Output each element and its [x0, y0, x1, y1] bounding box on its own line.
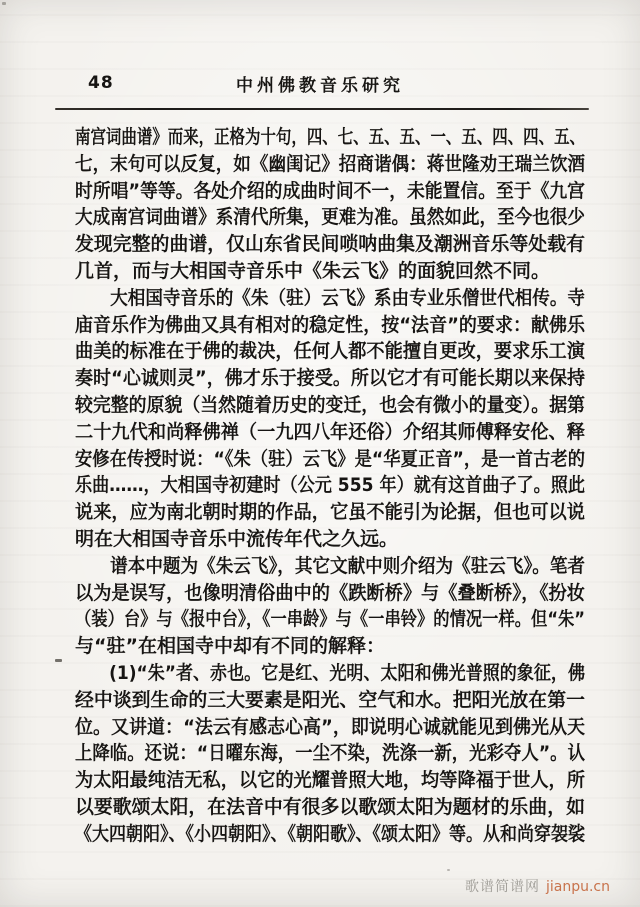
text-line: 说来，应为南北朝时期的作品，它虽不能引为论据，但也可以说 [75, 499, 585, 526]
text-line: 庙音乐作为佛曲又具有相对的稳定性，按“法音”的要求：献佛乐 [75, 312, 585, 339]
text-line: 发现完整的曲谱，仅山东省民间唢呐曲集及潮洲音乐等处载有 [75, 231, 585, 258]
text-line: 以要歌颂太阳，在法音中有很多以歌颂太阳为题材的乐曲，如 [75, 794, 585, 821]
text-line: 以为是误写，也像明清俗曲中的《跌断桥》与《叠断桥》，《扮妆 [75, 580, 585, 607]
body-text: 南宫词曲谱》而来，正格为十句，四、七、五、五、一、五、四、四、五、七，末句可以反… [75, 124, 585, 848]
text-line: 明在大相国寺音乐中流传年代之久远。 [75, 526, 585, 553]
text-line: 南宫词曲谱》而来，正格为十句，四、七、五、五、一、五、四、四、五、 [75, 124, 585, 151]
text-line: 较完整的原貌（当然随着历史的变迁，也会有微小的量变）。据第 [75, 392, 585, 419]
scan-speck [55, 659, 62, 662]
text-line: （装）台》与《报中台》，《一串龄》与《一串铃》的情况一样。但“朱” [75, 606, 585, 633]
text-line: 经中谈到生命的三大要素是阳光、空气和水。把阳光放在第一 [75, 687, 585, 714]
text-line: 七，末句可以反复，如《幽闺记》招商谐偶：蒋世隆劝王瑞兰饮酒 [75, 151, 585, 178]
text-line: 为太阳最纯洁无私，以它的光耀普照大地，均等降福于世人，所 [75, 767, 585, 794]
text-line: 位。又讲道：“法云有感志心高”，即说明心诚就能见到佛光从天 [75, 714, 585, 741]
watermark: 歌谱简谱网jianpu.cn [465, 876, 610, 896]
text-line: 大相国寺音乐的《朱（驻）云飞》系由专业乐僧世代相传。寺 [75, 285, 585, 312]
page-header: 48 中州佛教音乐研究 [0, 71, 640, 97]
scan-speck [447, 869, 450, 871]
text-line: 《大四朝阳》、《小四朝阳》、《朝阳歌》、《颂太阳》等。从和尚穿袈裟 [75, 821, 585, 848]
text-line: 奏时“心诚则灵”，佛才乐于接受。所以它才有可能长期以来保持 [75, 365, 585, 392]
text-line: 几首，而与大相国寺音乐中《朱云飞》的面貌回然不同。 [75, 258, 585, 285]
text-line: 二十九代和尚释佛禅（一九四八年还俗）介绍其师傅释安伦、释 [75, 419, 585, 446]
text-line: (1)“朱”者、赤也。它是红、光明、太阳和佛光普照的象征，佛 [75, 660, 585, 687]
scan-speck [2, 2, 6, 5]
page-number: 48 [88, 73, 114, 93]
text-line: 乐曲……，大相国寺初建时（公元 555 年）就有这首曲子了。照此 [75, 472, 585, 499]
header-rule [55, 108, 589, 110]
text-line: 曲美的标准在于佛的裁决，任何人都不能擅自更改，要求乐工演 [75, 338, 585, 365]
text-line: 谱本中题为《朱云飞》，其它文献中则介绍为《驻云飞》。笔者 [75, 553, 585, 580]
text-line: 时所唱”等等。各处介绍的成曲时间不一，未能置信。至于《九宫 [75, 178, 585, 205]
watermark-site-url: jianpu.cn [546, 879, 610, 895]
watermark-site-name: 歌谱简谱网 [465, 879, 540, 895]
book-page: 48 中州佛教音乐研究 南宫词曲谱》而来，正格为十句，四、七、五、五、一、五、四… [0, 0, 640, 907]
text-line: 与“驻”在相国寺中却有不同的解释： [75, 633, 585, 660]
text-line: 安修在传授时说：“《朱（驻）云飞》是“华夏正音”，是一首古老的 [75, 446, 585, 473]
text-line: 上降临。还说：“日曜东海，一尘不染，洗涤一新，光彩夺人”。认 [75, 740, 585, 767]
text-line: 大成南宫词曲谱》系清代所集，更难为准。虽然如此，至今也很少 [75, 204, 585, 231]
